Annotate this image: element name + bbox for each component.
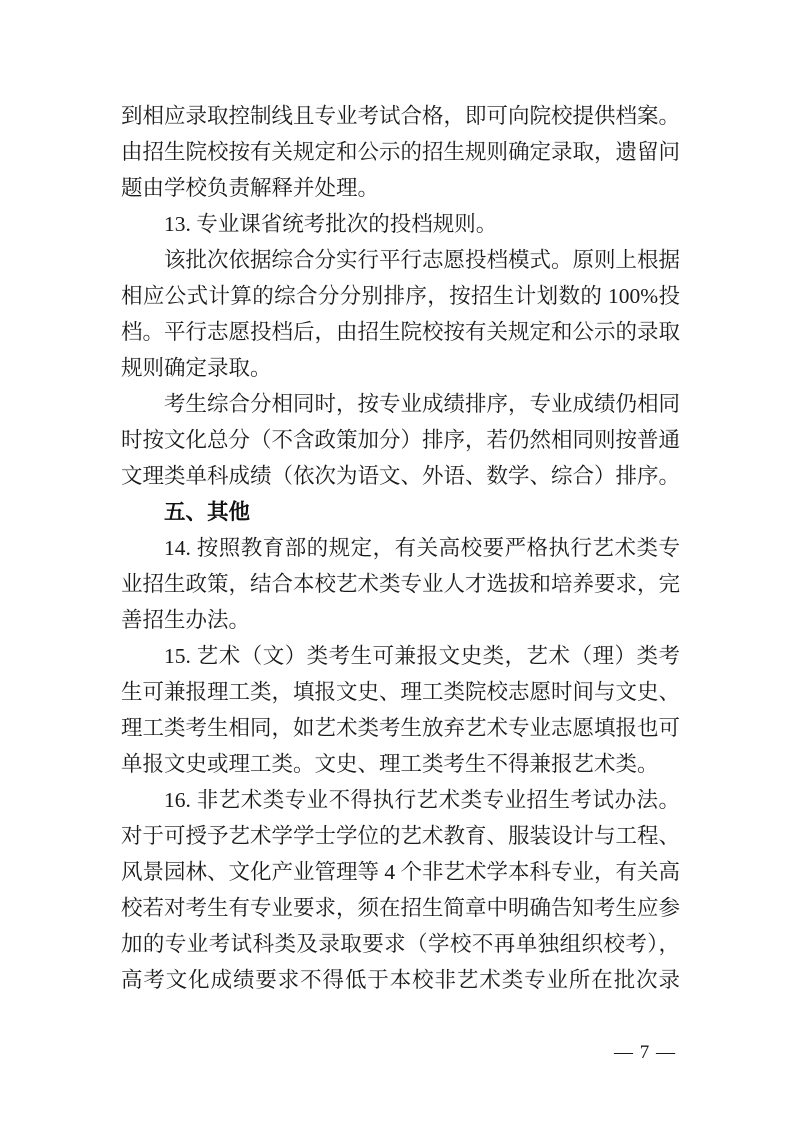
text-line: 到相应录取控制线且专业考试合格，即可向院校提供档案。: [121, 98, 680, 134]
text-line: 理工类考生相同，如艺术类考生放弃艺术专业志愿填报也可: [121, 710, 680, 746]
document-body: 到相应录取控制线且专业考试合格，即可向院校提供档案。由招生院校按有关规定和公示的…: [121, 98, 680, 998]
document-page: 到相应录取控制线且专业考试合格，即可向院校提供档案。由招生院校按有关规定和公示的…: [0, 0, 793, 1122]
text-line: 加的专业考试科类及录取要求（学校不再单独组织校考），: [121, 926, 680, 962]
text-line: 14. 按照教育部的规定，有关高校要严格执行艺术类专: [121, 530, 680, 566]
text-line: 生可兼报理工类，填报文史、理工类院校志愿时间与文史、: [121, 674, 680, 710]
page-number: — 7 —: [614, 1041, 676, 1065]
text-line: 善招生办法。: [121, 602, 680, 638]
text-line: 该批次依据综合分实行平行志愿投档模式。原则上根据: [121, 242, 680, 278]
text-line: 16. 非艺术类专业不得执行艺术类专业招生考试办法。: [121, 782, 680, 818]
text-line: 13. 专业课省统考批次的投档规则。: [121, 206, 680, 242]
text-line: 时按文化总分（不含政策加分）排序，若仍然相同则按普通: [121, 422, 680, 458]
text-line: 相应公式计算的综合分分别排序，按招生计划数的 100%投: [121, 278, 680, 314]
text-line: 由招生院校按有关规定和公示的招生规则确定录取，遗留问: [121, 134, 680, 170]
text-line: 题由学校负责解释并处理。: [121, 170, 680, 206]
text-line: 风景园林、文化产业管理等 4 个非艺术学本科专业，有关高: [121, 854, 680, 890]
text-line: 文理类单科成绩（依次为语文、外语、数学、综合）排序。: [121, 458, 680, 494]
text-line: 规则确定录取。: [121, 350, 680, 386]
text-line: 业招生政策，结合本校艺术类专业人才选拔和培养要求，完: [121, 566, 680, 602]
text-line: 考生综合分相同时，按专业成绩排序，专业成绩仍相同: [121, 386, 680, 422]
text-line: 高考文化成绩要求不得低于本校非艺术类专业所在批次录: [121, 962, 680, 998]
text-line: 校若对考生有专业要求，须在招生简章中明确告知考生应参: [121, 890, 680, 926]
section-heading: 五、其他: [121, 494, 680, 530]
text-line: 单报文史或理工类。文史、理工类考生不得兼报艺术类。: [121, 746, 680, 782]
text-line: 15. 艺术（文）类考生可兼报文史类，艺术（理）类考: [121, 638, 680, 674]
text-line: 对于可授予艺术学学士学位的艺术教育、服装设计与工程、: [121, 818, 680, 854]
text-line: 档。平行志愿投档后，由招生院校按有关规定和公示的录取: [121, 314, 680, 350]
